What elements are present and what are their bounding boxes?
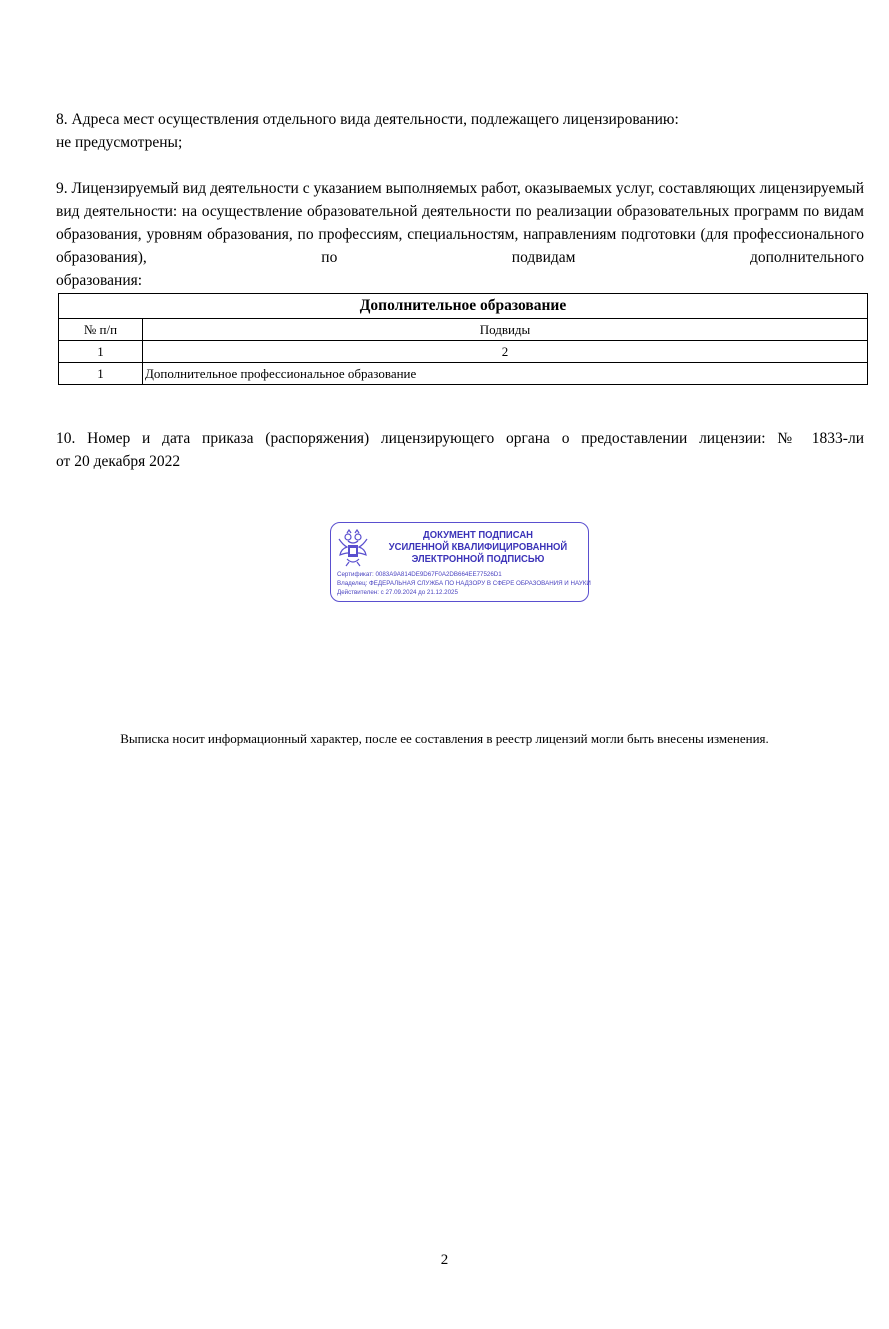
section-9-text: 9. Лицензируемый вид деятельности с указ…: [56, 177, 864, 269]
stamp-heading-line-2: УСИЛЕННОЙ КВАЛИФИЦИРОВАННОЙ: [382, 541, 575, 553]
section-10: 10. Номер и дата приказа (распоряжения) …: [56, 427, 864, 473]
index-col-2: 2: [143, 341, 868, 363]
section-9-last-line: образования:: [56, 269, 864, 292]
section-9: 9. Лицензируемый вид деятельности с указ…: [56, 177, 864, 292]
additional-education-table: Дополнительное образование № п/п Подвиды…: [58, 293, 868, 385]
row-subtype: Дополнительное профессиональное образова…: [143, 363, 868, 385]
table-index-row: 1 2: [59, 341, 868, 363]
header-number: № п/п: [59, 319, 143, 341]
stamp-heading: ДОКУМЕНТ ПОДПИСАН УСИЛЕННОЙ КВАЛИФИЦИРОВ…: [382, 529, 575, 565]
electronic-signature-stamp: ДОКУМЕНТ ПОДПИСАН УСИЛЕННОЙ КВАЛИФИЦИРОВ…: [330, 522, 589, 602]
section-10-last-line: от 20 декабря 2022: [56, 450, 864, 473]
section-8-value: не предусмотрены;: [56, 131, 864, 154]
table-row: 1 Дополнительное профессиональное образо…: [59, 363, 868, 385]
stamp-validity: Действителен: с 27.09.2024 до 21.12.2025: [337, 588, 587, 597]
section-8-heading: 8. Адреса мест осуществления отдельного …: [56, 108, 864, 131]
header-subtypes: Подвиды: [143, 319, 868, 341]
table-header-row: № п/п Подвиды: [59, 319, 868, 341]
stamp-certificate: Сертификат: 0083A9A814DE9D67F0A2DB664EE7…: [337, 570, 587, 579]
stamp-owner: Владелец: ФЕДЕРАЛЬНАЯ СЛУЖБА ПО НАДЗОРУ …: [337, 579, 587, 588]
table-title: Дополнительное образование: [59, 294, 868, 319]
row-number: 1: [59, 363, 143, 385]
footer-note: Выписка носит информационный характер, п…: [0, 731, 889, 747]
stamp-meta: Сертификат: 0083A9A814DE9D67F0A2DB664EE7…: [337, 570, 587, 597]
page-number: 2: [0, 1252, 889, 1269]
section-8: 8. Адреса мест осуществления отдельного …: [56, 108, 864, 154]
stamp-heading-line-1: ДОКУМЕНТ ПОДПИСАН: [382, 529, 575, 541]
stamp-heading-line-3: ЭЛЕКТРОННОЙ ПОДПИСЬЮ: [382, 553, 575, 565]
section-10-text: 10. Номер и дата приказа (распоряжения) …: [56, 427, 864, 450]
table-title-row: Дополнительное образование: [59, 294, 868, 319]
index-col-1: 1: [59, 341, 143, 363]
coat-of-arms-icon: [337, 529, 369, 567]
